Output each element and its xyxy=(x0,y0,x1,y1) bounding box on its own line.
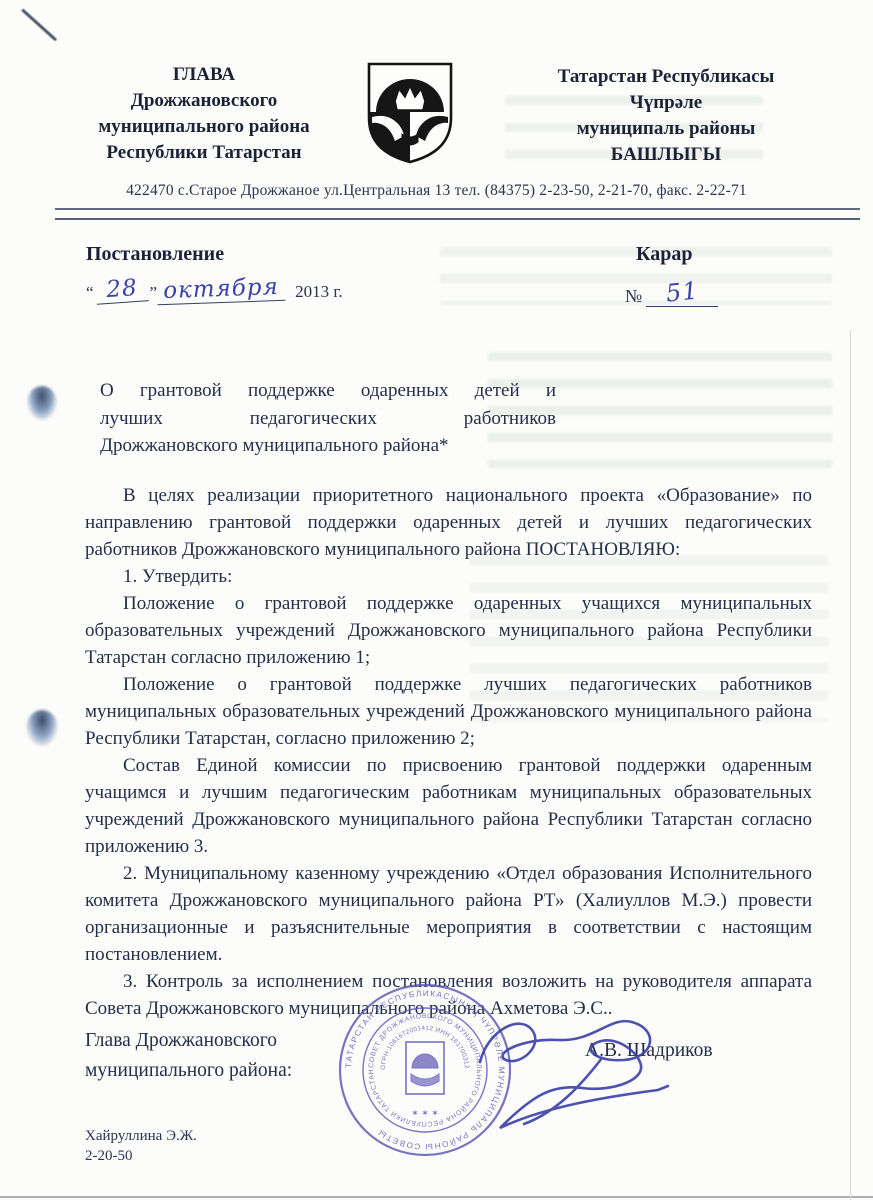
letterhead-line: БАШЛЫГЫ xyxy=(520,142,812,168)
decree-title-tatar: Карар xyxy=(636,243,692,266)
signatory-role-line: Глава Дрожжановского xyxy=(85,1026,292,1056)
body-paragraph: Положение о грантовой поддержке лучших п… xyxy=(85,671,812,752)
handwritten-signature xyxy=(462,1000,692,1150)
letterhead-line: Дрожжановского xyxy=(68,88,340,114)
letterhead-line: муниципального района xyxy=(68,114,340,140)
crown-icon xyxy=(395,86,425,110)
scan-right-edge xyxy=(850,330,851,1200)
signatory-role: Глава Дрожжановского муниципального райо… xyxy=(85,1026,292,1086)
signature-stroke xyxy=(500,1062,668,1128)
letterhead-russian: ГЛАВА Дрожжановского муниципального райо… xyxy=(68,62,340,166)
letterhead-tatar: Татарстан Республикасы Чүпрәле муниципал… xyxy=(520,64,812,168)
body-paragraph: 2. Муниципальному казенному учреждению «… xyxy=(85,860,812,968)
handwritten-month: октября xyxy=(157,274,286,305)
number-line: № 51 xyxy=(625,278,718,307)
letterhead-line: Республики Татарстан xyxy=(68,140,340,166)
subject-line: О грантовой поддержке одаренных детей и xyxy=(100,377,556,405)
executor-name: Хайруллина Э.Ж. xyxy=(85,1126,197,1146)
year-label: 2013 г. xyxy=(295,282,343,303)
executor-phone: 2-20-50 xyxy=(85,1146,197,1166)
signatory-role-line: муниципального района: xyxy=(85,1056,292,1086)
letterhead-line: Татарстан Республикасы xyxy=(520,64,812,90)
quote-open: “ xyxy=(86,283,94,303)
body-paragraph: Состав Единой комиссии по присвоению гра… xyxy=(85,752,812,860)
coat-of-arms-icon xyxy=(362,60,458,166)
stamp-stars: ✶ ✶ ✶ xyxy=(411,1108,439,1118)
body-paragraph: В целях реализации приоритетного национа… xyxy=(85,482,812,563)
body-paragraph: 1. Утвердить: xyxy=(85,563,812,590)
scan-bottom-edge xyxy=(0,1196,873,1198)
divider-line xyxy=(55,208,860,210)
subject-line: лучших педагогических работников xyxy=(100,405,556,433)
letterhead-line: Чүпрәле xyxy=(520,90,812,116)
number-sign: № xyxy=(625,286,642,307)
letterhead-line: муниципаль районы xyxy=(520,116,812,142)
divider-line xyxy=(55,218,860,220)
handwritten-day: 28 xyxy=(95,274,149,305)
stamp-emblem-dome xyxy=(412,1054,438,1068)
decree-title-russian: Постановление xyxy=(86,243,224,266)
date-line: “ 28 ” октября 2013 г. xyxy=(86,276,343,303)
pen-scratch-mark xyxy=(21,8,57,41)
stamp-emblem-arms xyxy=(411,1074,439,1086)
punch-hole xyxy=(26,710,58,746)
signature-stroke xyxy=(480,1021,650,1062)
body-paragraph: Положение о грантовой поддержке одаренны… xyxy=(85,590,812,671)
handwritten-number: 51 xyxy=(646,278,718,307)
scanned-decree-page: ГЛАВА Дрожжановского муниципального райо… xyxy=(0,0,873,1200)
subject-line: Дрожжановского муниципального района* xyxy=(100,432,556,460)
punch-hole xyxy=(27,386,57,420)
decree-body: В целях реализации приоритетного национа… xyxy=(85,482,812,1022)
decree-subject: О грантовой поддержке одаренных детей и … xyxy=(100,377,556,460)
address-line: 422470 с.Старое Дрожжаное ул.Центральная… xyxy=(0,182,873,200)
letterhead-line: ГЛАВА xyxy=(68,62,340,88)
executor-block: Хайруллина Э.Ж. 2-20-50 xyxy=(85,1126,197,1166)
